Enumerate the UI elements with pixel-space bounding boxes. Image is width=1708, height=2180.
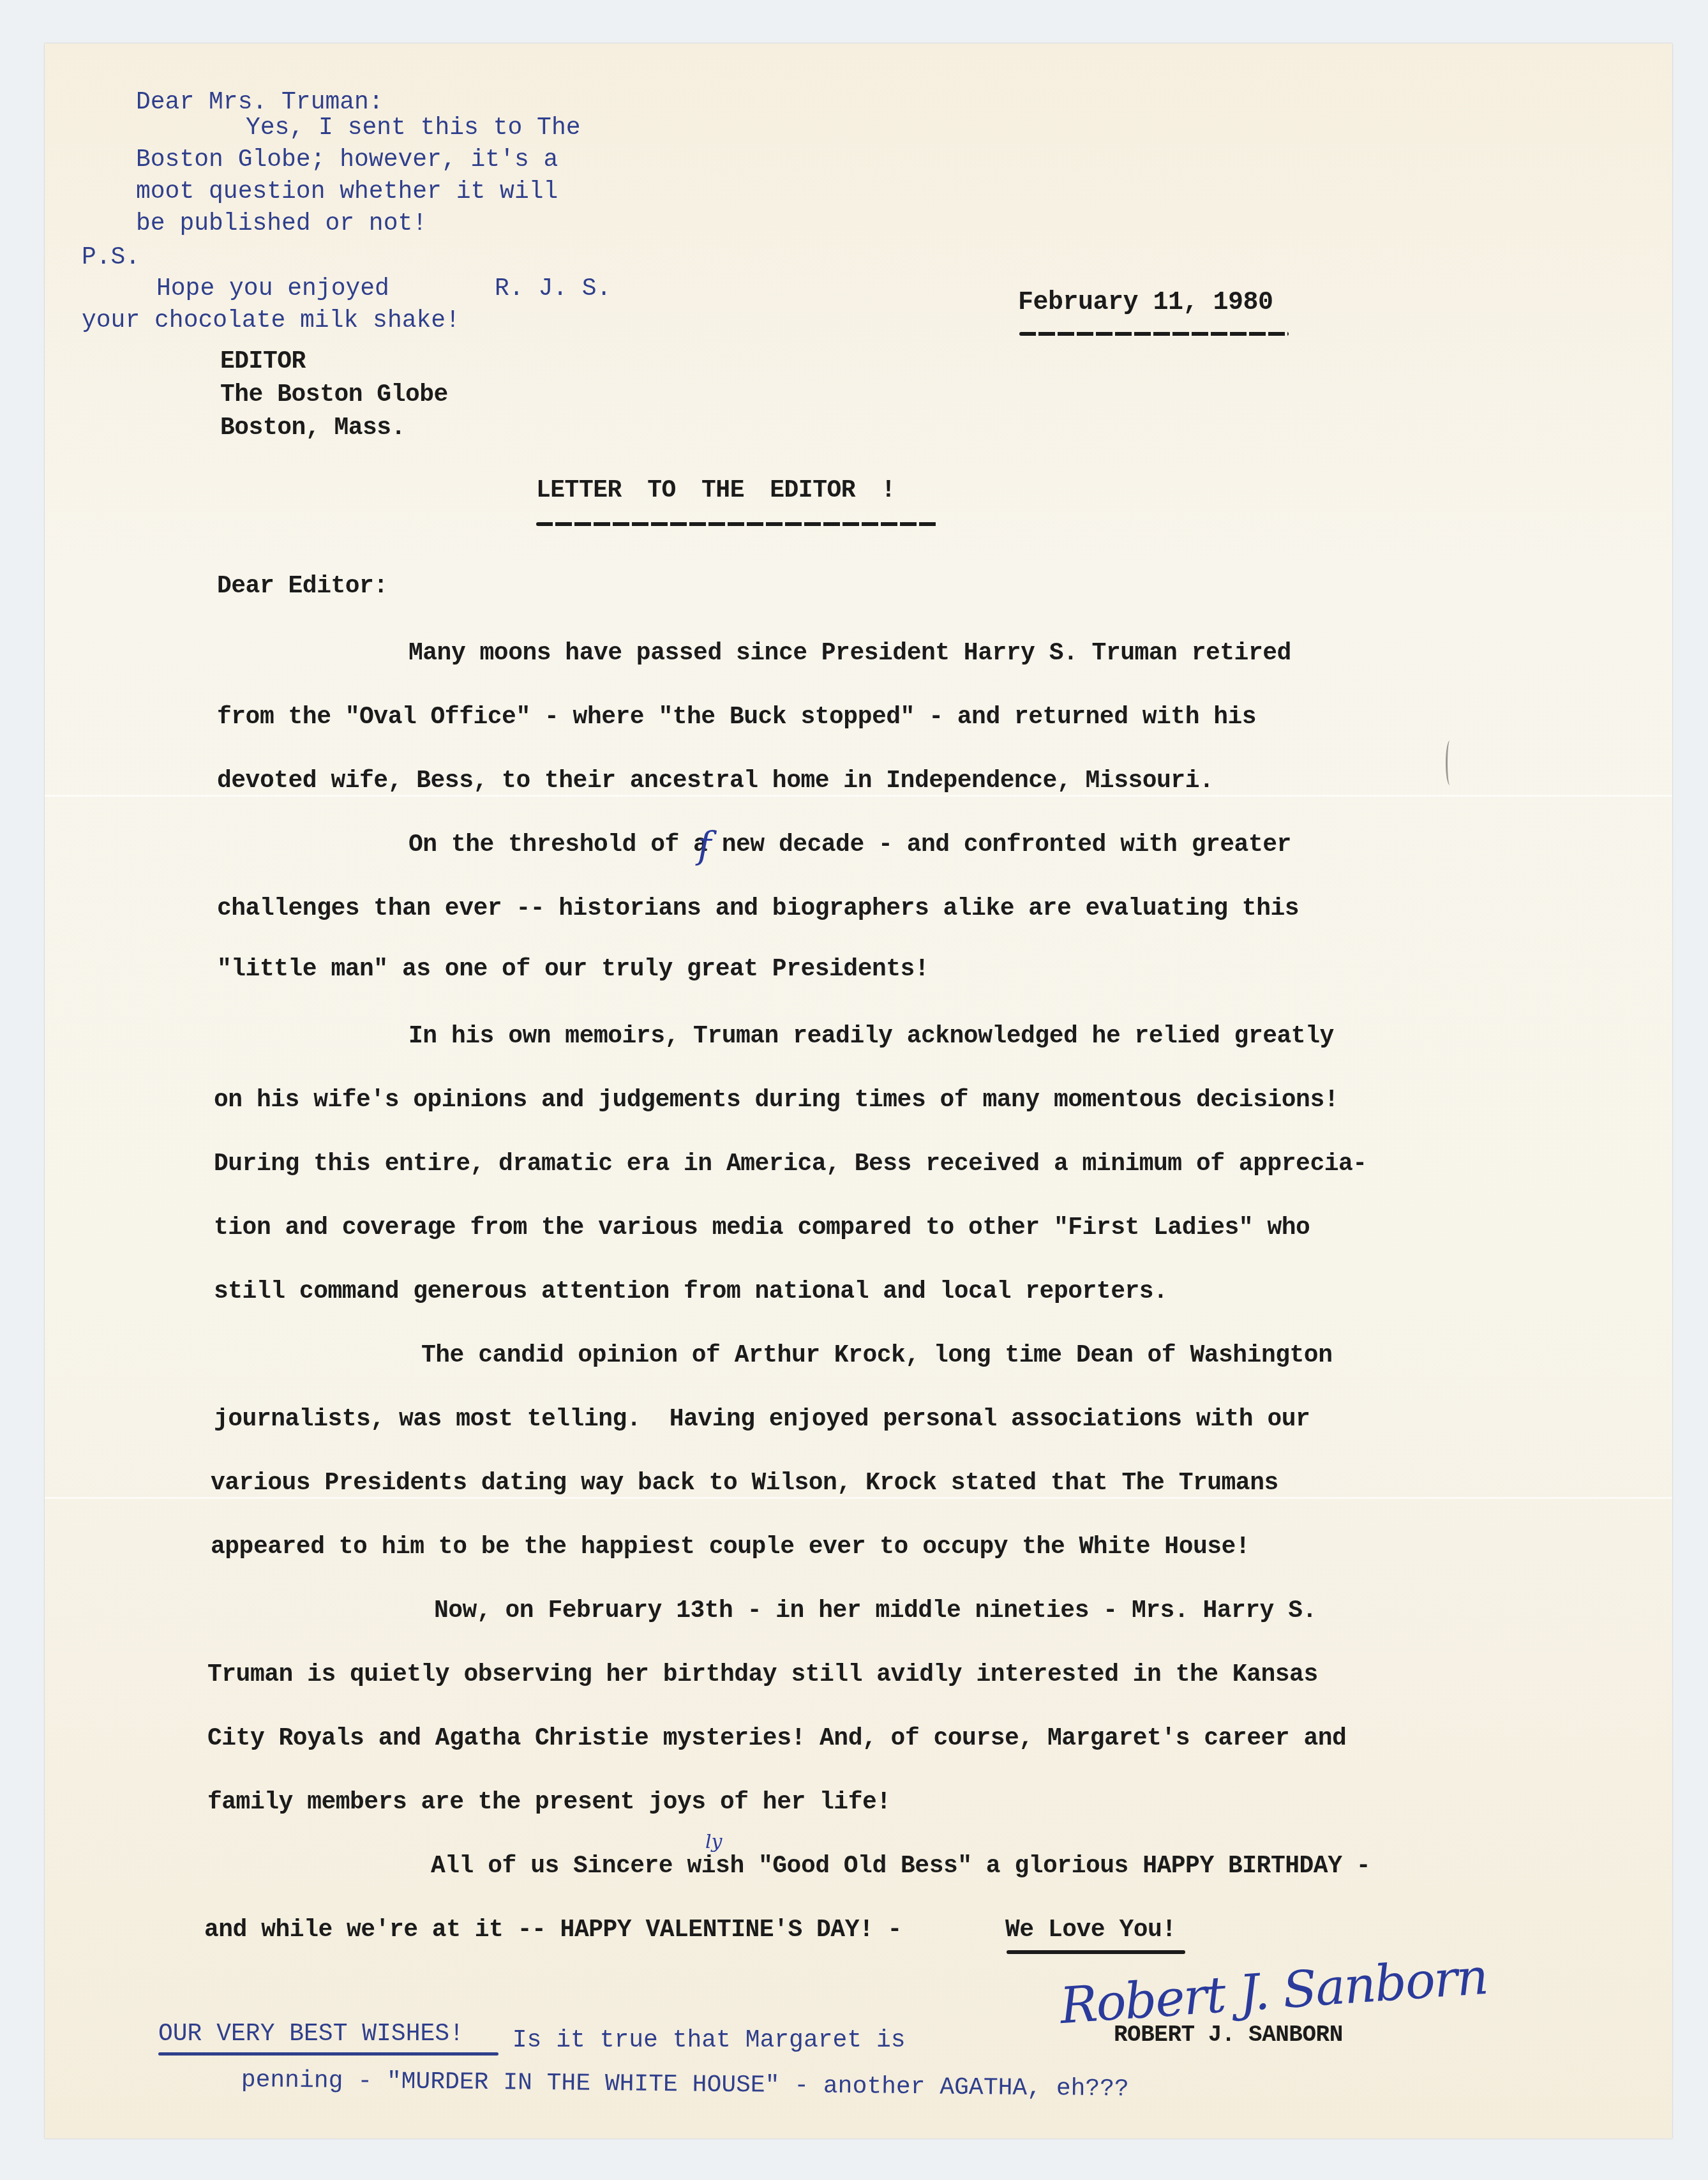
- paragraph-line: various Presidents dating way back to Wi…: [211, 1471, 1278, 1496]
- pencil-mark: [1446, 740, 1454, 785]
- postscript-line: Hope you enjoyed: [156, 277, 389, 301]
- note-line: be published or not!: [136, 212, 427, 236]
- paragraph-line: During this entire, dramatic era in Amer…: [214, 1152, 1367, 1176]
- letter-date: February 11, 1980: [1018, 290, 1273, 316]
- footer-underline: [158, 2052, 498, 2056]
- paragraph-line: City Royals and Agatha Christie mysterie…: [207, 1727, 1346, 1751]
- postscript-label: P.S.: [82, 246, 140, 270]
- paragraph-line: and while we're at it -- HAPPY VALENTINE…: [204, 1918, 916, 1943]
- paragraph-line: from the "Oval Office" - where "the Buck…: [217, 705, 1256, 730]
- paragraph-line: The candid opinion of Arthur Krock, long…: [421, 1344, 1332, 1368]
- recipient-line: Boston, Mass.: [220, 416, 405, 440]
- title-underline: [536, 522, 937, 526]
- paper-fold-line: [45, 795, 1672, 797]
- paragraph-line: challenges than ever -- historians and b…: [217, 897, 1299, 921]
- paragraph-line: Many moons have passed since President H…: [408, 642, 1291, 666]
- footer-line: Is it true that Margaret is: [498, 2029, 906, 2053]
- paragraph-line: still command generous attention from na…: [214, 1280, 1167, 1304]
- paragraph-line: All of us Sincere wish "Good Old Bess" a…: [431, 1854, 1370, 1879]
- note-line: moot question whether it will: [136, 180, 558, 204]
- note-line: Boston Globe; however, it's a: [136, 148, 558, 172]
- paragraph-line: on his wife's opinions and judgements du…: [214, 1088, 1338, 1113]
- paragraph-line: appeared to him to be the happiest coupl…: [211, 1535, 1250, 1560]
- note-line: Yes, I sent this to The: [246, 116, 581, 140]
- handwritten-correction: f: [698, 823, 711, 867]
- footer-emphasis: OUR VERY BEST WISHES!: [158, 2022, 464, 2047]
- paragraph-line: Truman is quietly observing her birthday…: [207, 1663, 1318, 1687]
- paragraph-line: "little man" as one of our truly great P…: [217, 958, 929, 982]
- note-greeting: Dear Mrs. Truman:: [136, 91, 384, 115]
- salutation: Dear Editor:: [217, 575, 388, 599]
- paragraph-line: tion and coverage from the various media…: [214, 1216, 1310, 1240]
- letter-title: LETTER TO THE EDITOR !: [536, 479, 895, 503]
- paragraph-line: In his own memoirs, Truman readily ackno…: [408, 1025, 1334, 1049]
- paragraph-line: devoted wife, Bess, to their ancestral h…: [217, 769, 1213, 793]
- paragraph-line: On the threshold of a new decade - and c…: [408, 833, 1291, 857]
- closing-emphasis: We Love You!: [1005, 1918, 1176, 1943]
- note-initials: R. J. S.: [495, 277, 611, 301]
- date-underline: [1019, 332, 1289, 336]
- recipient-line: EDITOR: [220, 350, 306, 374]
- closing-underline: [1007, 1950, 1185, 1954]
- paragraph-line: family members are the present joys of h…: [207, 1791, 891, 1815]
- typed-signature: ROBERT J. SANBORN: [1114, 2024, 1343, 2047]
- postscript-line: your chocolate milk shake!: [82, 309, 460, 333]
- paper-fold-line: [45, 1497, 1672, 1499]
- paragraph-line: Now, on February 13th - in her middle ni…: [434, 1599, 1317, 1623]
- paragraph-line: journalists, was most telling. Having en…: [214, 1408, 1310, 1432]
- recipient-line: The Boston Globe: [220, 383, 448, 407]
- handwritten-insert: ly: [705, 1831, 723, 1853]
